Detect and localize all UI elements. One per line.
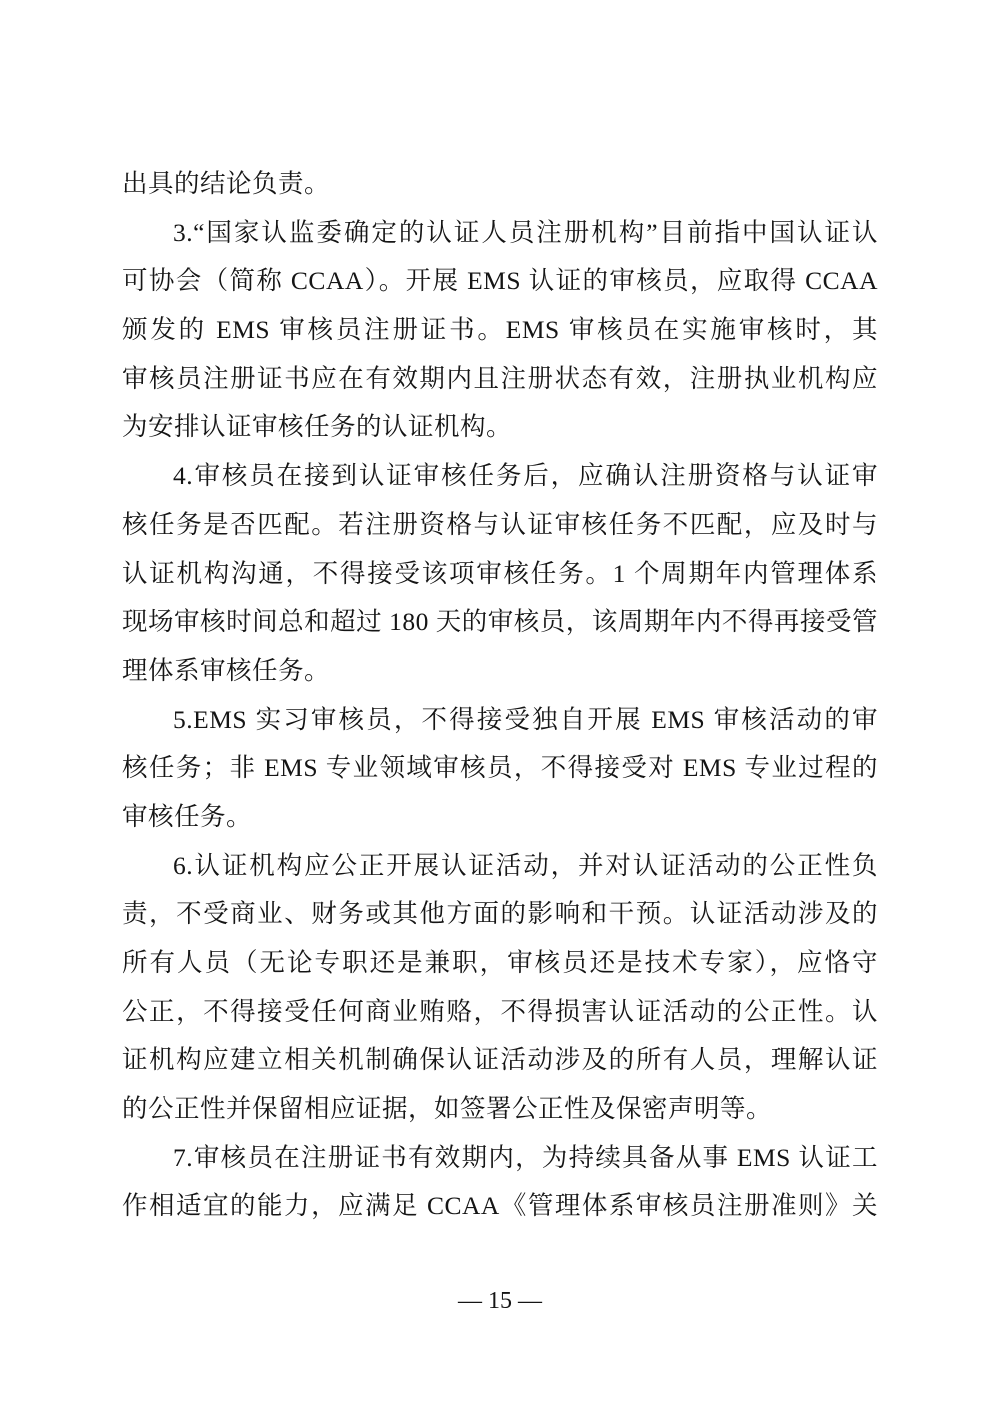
page-footer: — 15 — [0, 1288, 1000, 1315]
text-line: 出具的结论负责。 [122, 160, 878, 209]
text-line: 5.EMS 实习审核员，不得接受独自开展 EMS 审核活动的审 [122, 696, 878, 745]
text-line: 6.认证机构应公正开展认证活动，并对认证活动的公正性负 [122, 842, 878, 891]
text-line: 责，不受商业、财务或其他方面的影响和干预。认证活动涉及的 [122, 890, 878, 939]
text-line: 现场审核时间总和超过 180 天的审核员，该周期年内不得再接受管 [122, 598, 878, 647]
text-line: 审核任务。 [122, 793, 878, 842]
text-line: 核任务是否匹配。若注册资格与认证审核任务不匹配，应及时与 [122, 501, 878, 550]
text-line: 3.“国家认监委确定的认证人员注册机构”目前指中国认证认 [122, 209, 878, 258]
text-line: 认证机构沟通，不得接受该项审核任务。1 个周期年内管理体系 [122, 550, 878, 599]
document-page: 出具的结论负责。3.“国家认监委确定的认证人员注册机构”目前指中国认证认可协会（… [0, 0, 1000, 1414]
text-line: 7.审核员在注册证书有效期内，为持续具备从事 EMS 认证工 [122, 1134, 878, 1183]
text-line: 审核员注册证书应在有效期内且注册状态有效，注册执业机构应 [122, 355, 878, 404]
text-line: 证机构应建立相关机制确保认证活动涉及的所有人员，理解认证 [122, 1036, 878, 1085]
text-line: 作相适宜的能力，应满足 CCAA《管理体系审核员注册准则》关 [122, 1182, 878, 1231]
document-text: 出具的结论负责。3.“国家认监委确定的认证人员注册机构”目前指中国认证认可协会（… [122, 160, 878, 1231]
text-line: 的公正性并保留相应证据，如签署公正性及保密声明等。 [122, 1085, 878, 1134]
text-line: 颁发的 EMS 审核员注册证书。EMS 审核员在实施审核时，其 EMS [122, 306, 878, 355]
text-line: 核任务；非 EMS 专业领域审核员，不得接受对 EMS 专业过程的 [122, 744, 878, 793]
page-number: — 15 — [458, 1288, 542, 1314]
text-line: 可协会（简称 CCAA）。开展 EMS 认证的审核员，应取得 CCAA [122, 257, 878, 306]
text-line: 理体系审核任务。 [122, 647, 878, 696]
text-line: 公正，不得接受任何商业贿赂，不得损害认证活动的公正性。认 [122, 988, 878, 1037]
text-line: 所有人员（无论专职还是兼职，审核员还是技术专家），应恪守 [122, 939, 878, 988]
text-line: 4.审核员在接到认证审核任务后，应确认注册资格与认证审 [122, 452, 878, 501]
text-line: 为安排认证审核任务的认证机构。 [122, 403, 878, 452]
